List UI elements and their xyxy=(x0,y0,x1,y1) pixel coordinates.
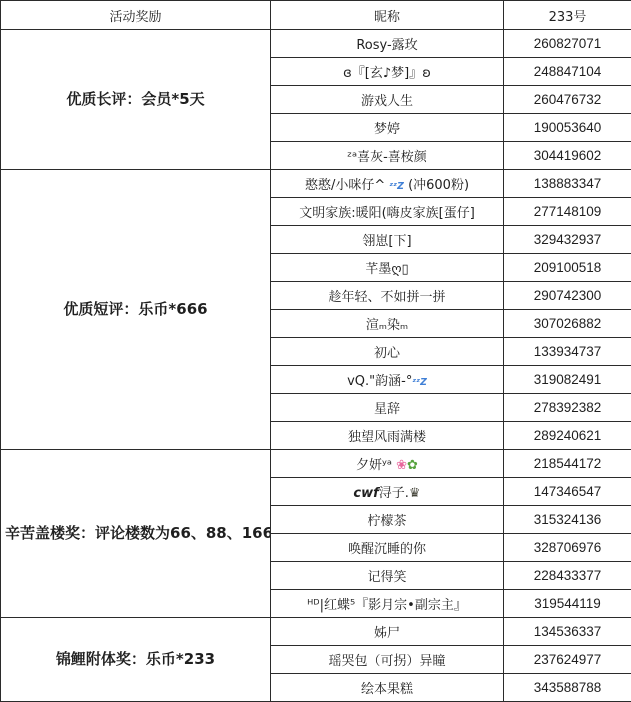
number-cell: 134536337 xyxy=(504,618,631,646)
nickname-cell: 趁年轻、不如拼一拼 xyxy=(271,282,504,310)
number-cell: 343588788 xyxy=(504,674,631,702)
sleep-zzz-emoji: ᶻᶻZ xyxy=(412,377,427,388)
number-cell: 307026882 xyxy=(504,310,631,338)
bouquet-emoji: ❀ xyxy=(396,458,407,473)
number-cell: 237624977 xyxy=(504,646,631,674)
nickname-segment: vQ."韵涵-° xyxy=(347,374,412,389)
number-cell: 228433377 xyxy=(504,562,631,590)
number-cell: 248847104 xyxy=(504,58,631,86)
reward-cell: 优质长评：会员*5天 xyxy=(1,30,271,170)
nickname-cell: 唤醒沉睡的你 xyxy=(271,534,504,562)
crown-icon: ♛ xyxy=(409,486,421,501)
nickname-cell: 夕妍ʸᵃ ❀✿ xyxy=(271,450,504,478)
number-cell: 209100518 xyxy=(504,254,631,282)
nickname-cell: ɞ『[玄♪梦]』ʚ xyxy=(271,58,504,86)
nickname-cell: 星辞 xyxy=(271,394,504,422)
nickname-segment: 浔子. xyxy=(379,486,409,501)
nickname-cell: 初心 xyxy=(271,338,504,366)
number-cell: 278392382 xyxy=(504,394,631,422)
nickname-cell: Rosy-露玫 xyxy=(271,30,504,58)
number-cell: 133934737 xyxy=(504,338,631,366)
table-body: 优质长评：会员*5天Rosy-露玫260827071ɞ『[玄♪梦]』ʚ24884… xyxy=(1,30,631,702)
number-cell: 289240621 xyxy=(504,422,631,450)
number-cell: 328706976 xyxy=(504,534,631,562)
table-row: 辛苦盖楼奖：评论楼数为66、88、166、188、266、288的玩家可以【游戏… xyxy=(1,450,631,478)
number-cell: 319082491 xyxy=(504,366,631,394)
nickname-cell: 柠檬茶 xyxy=(271,506,504,534)
nickname-segment: cwf xyxy=(353,486,378,501)
nickname-cell: 绘本果糕 xyxy=(271,674,504,702)
table-row: 优质短评：乐币*666憨憨/小咪仔^ ᶻᶻZ (冲600粉)138883347 xyxy=(1,170,631,198)
reward-cell: 优质短评：乐币*666 xyxy=(1,170,271,450)
number-cell: 147346547 xyxy=(504,478,631,506)
table-row: 锦鲤附体奖：乐币*233姊尸134536337 xyxy=(1,618,631,646)
nickname-cell: 渲ₘ染ₘ xyxy=(271,310,504,338)
header-nickname: 昵称 xyxy=(271,1,504,30)
nickname-cell: ᴴᴰ|红蝶⁵『影月宗•副宗主』 xyxy=(271,590,504,618)
nickname-cell: vQ."韵涵-°ᶻᶻZ xyxy=(271,366,504,394)
nickname-segment: (冲600粉) xyxy=(404,178,469,193)
header-reward: 活动奖励 xyxy=(1,1,271,30)
nickname-cell: 梦婷 xyxy=(271,114,504,142)
nickname-cell: 翎崽[下] xyxy=(271,226,504,254)
prize-table: 活动奖励 昵称 233号 优质长评：会员*5天Rosy-露玫260827071ɞ… xyxy=(0,0,631,702)
nickname-cell: 姊尸 xyxy=(271,618,504,646)
nickname-cell: 憨憨/小咪仔^ ᶻᶻZ (冲600粉) xyxy=(271,170,504,198)
number-cell: 329432937 xyxy=(504,226,631,254)
nickname-cell: ᶻᵃ喜灰-喜桉颜 xyxy=(271,142,504,170)
nickname-segment: 夕妍ʸᵃ xyxy=(356,458,396,473)
nickname-cell: cwf浔子.♛ xyxy=(271,478,504,506)
number-cell: 290742300 xyxy=(504,282,631,310)
reward-cell: 辛苦盖楼奖：评论楼数为66、88、166、188、266、288的玩家可以【游戏… xyxy=(1,450,271,618)
reward-cell: 锦鲤附体奖：乐币*233 xyxy=(1,618,271,702)
number-cell: 138883347 xyxy=(504,170,631,198)
number-cell: 260476732 xyxy=(504,86,631,114)
nickname-cell: 芊墨ღ▯ xyxy=(271,254,504,282)
number-cell: 304419602 xyxy=(504,142,631,170)
nickname-cell: 记得笑 xyxy=(271,562,504,590)
prize-announcement-table-page: 活动奖励 昵称 233号 优质长评：会员*5天Rosy-露玫260827071ɞ… xyxy=(0,0,631,702)
nickname-cell: 瑶哭包（可拐）异瞳 xyxy=(271,646,504,674)
header-number: 233号 xyxy=(504,1,631,30)
nickname-cell: 文明家族:暖阳(嗨皮家族[蛋仔] xyxy=(271,198,504,226)
number-cell: 277148109 xyxy=(504,198,631,226)
bouquet-emoji: ✿ xyxy=(407,458,418,473)
number-cell: 190053640 xyxy=(504,114,631,142)
number-cell: 260827071 xyxy=(504,30,631,58)
number-cell: 319544119 xyxy=(504,590,631,618)
nickname-segment: 憨憨/小咪仔^ xyxy=(305,178,389,193)
sleep-zzz-emoji: ᶻᶻZ xyxy=(389,181,404,192)
nickname-cell: 独望风雨满楼 xyxy=(271,422,504,450)
header-row: 活动奖励 昵称 233号 xyxy=(1,1,631,30)
table-row: 优质长评：会员*5天Rosy-露玫260827071 xyxy=(1,30,631,58)
number-cell: 218544172 xyxy=(504,450,631,478)
number-cell: 315324136 xyxy=(504,506,631,534)
nickname-cell: 游戏人生 xyxy=(271,86,504,114)
